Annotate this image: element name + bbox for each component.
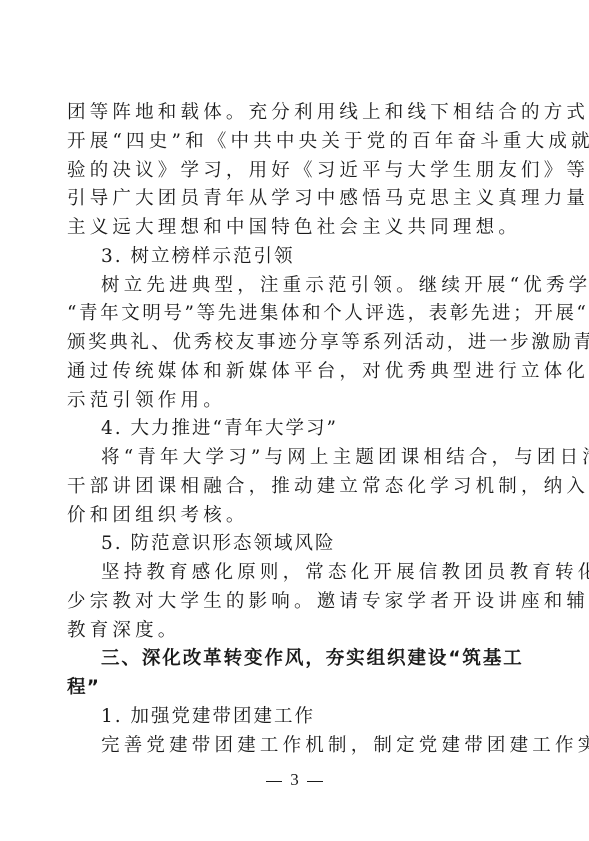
- text-line: 干部讲团课相融合，推动建立常态化学习机制，纳入团员教育评: [67, 473, 523, 502]
- text-line: 完善党建带团建工作机制，制定党建带团建工作实施方案，: [67, 732, 523, 761]
- document-page: 团等阵地和载体。充分利用线上和线下相结合的方式，持续组织 开展“四史”和《中共中…: [0, 0, 589, 841]
- text-line: 树立先进典型，注重示范引领。继续开展“优秀学生干部”: [67, 272, 523, 301]
- section-paragraph: 将“青年大学习”与网上主题团课相结合，与团日活动、团 干部讲团课相融合，推动建立…: [67, 444, 523, 530]
- text-line: 价和团组织考核。: [67, 502, 523, 531]
- text-line: 开展“四史”和《中共中央关于党的百年奋斗重大成就和历史经: [67, 128, 523, 157]
- text-line: 验的决议》学习，用好《习近平与大学生朋友们》等学习材料，: [67, 157, 523, 186]
- subsection-heading: 1. 加强党建带团建工作: [67, 703, 523, 732]
- section-heading: 5. 防范意识形态领域风险: [67, 530, 523, 559]
- page-number: 3: [290, 770, 299, 789]
- text-line: 引导广大团员青年从学习中感悟马克思主义真理力量，树立共产: [67, 185, 523, 214]
- section-heading: 3. 树立榜样示范引领: [67, 243, 523, 272]
- document-body: 团等阵地和载体。充分利用线上和线下相结合的方式，持续组织 开展“四史”和《中共中…: [67, 99, 523, 760]
- text-line: 示范引领作用。: [67, 387, 523, 416]
- section-paragraph: 坚持教育感化原则，常态化开展信教团员教育转化工作，减 少宗教对大学生的影响。邀请…: [67, 559, 523, 645]
- section-paragraph: 树立先进典型，注重示范引领。继续开展“优秀学生干部” “青年文明号”等先进集体和…: [67, 272, 523, 416]
- text-line: 团等阵地和载体。充分利用线上和线下相结合的方式，持续组织: [67, 99, 523, 128]
- text-line: 通过传统媒体和新媒体平台，对优秀典型进行立体化宣传，发挥: [67, 358, 523, 387]
- text-line: 将“青年大学习”与网上主题团课相结合，与团日活动、团: [67, 444, 523, 473]
- text-line: “青年文明号”等先进集体和个人评选，表彰先进；开展“五四”: [67, 300, 523, 329]
- dash-decoration: [266, 781, 282, 782]
- chapter-heading: 三、深化改革转变作风，夯实组织建设“筑基工程”: [67, 645, 523, 703]
- subsection-paragraph: 完善党建带团建工作机制，制定党建带团建工作实施方案，: [67, 732, 523, 761]
- text-line: 主义远大理想和中国特色社会主义共同理想。: [67, 214, 523, 243]
- page-footer: 3: [0, 770, 589, 790]
- paragraph-continuation: 团等阵地和载体。充分利用线上和线下相结合的方式，持续组织 开展“四史”和《中共中…: [67, 99, 523, 243]
- text-line: 少宗教对大学生的影响。邀请专家学者开设讲座和辅导班，加深: [67, 588, 523, 617]
- text-line: 教育深度。: [67, 617, 523, 646]
- text-line: 颁奖典礼、优秀校友事迹分享等系列活动，进一步激励青年师生；: [67, 329, 523, 358]
- text-line: 坚持教育感化原则，常态化开展信教团员教育转化工作，减: [67, 559, 523, 588]
- dash-decoration: [307, 781, 323, 782]
- section-heading: 4. 大力推进“青年大学习”: [67, 415, 523, 444]
